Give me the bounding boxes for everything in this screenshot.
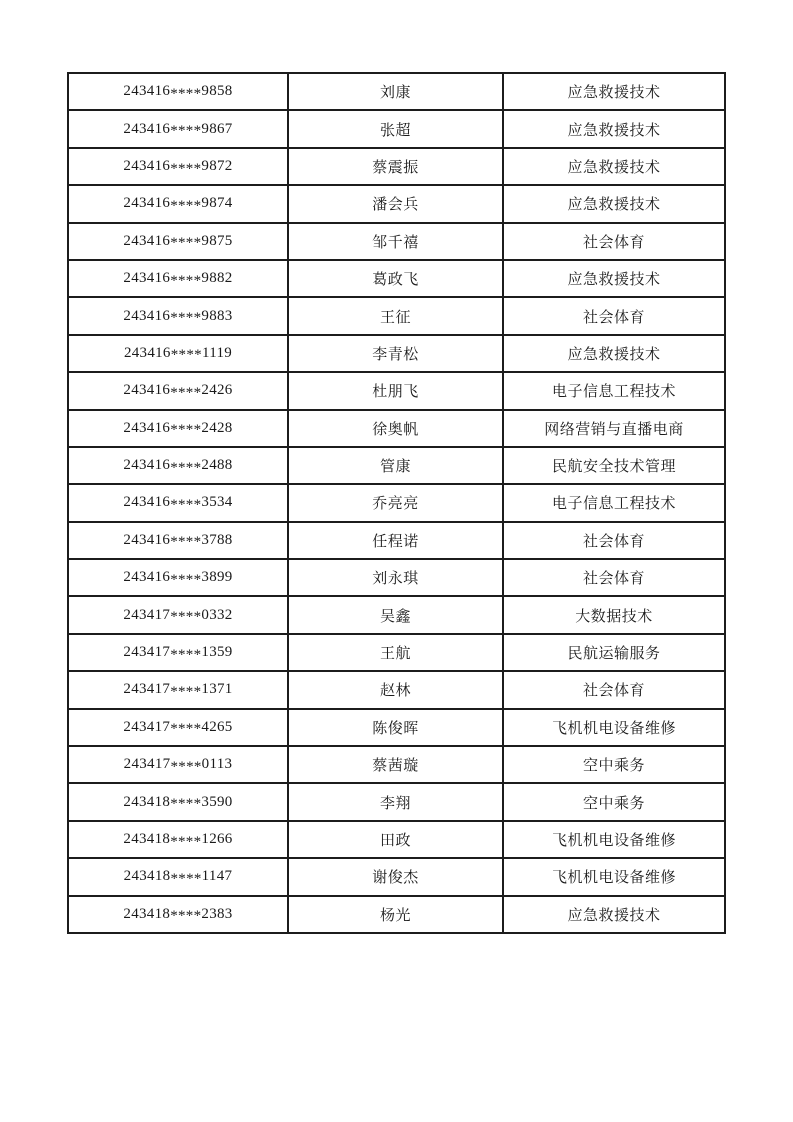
candidate-name-cell: 谢俊杰 — [288, 858, 503, 895]
major-cell: 社会体育 — [503, 522, 725, 559]
major-cell: 空中乘务 — [503, 783, 725, 820]
major-cell: 网络营销与直播电商 — [503, 410, 725, 447]
major-cell: 社会体育 — [503, 297, 725, 334]
table-row: 243416****2428徐奥帆网络营销与直播电商 — [68, 410, 725, 447]
exam-id-cell: 243416****9883 — [68, 297, 288, 334]
masked-digits: **** — [170, 161, 201, 177]
exam-id-cell: 243418****1147 — [68, 858, 288, 895]
masked-digits: **** — [170, 871, 201, 887]
exam-id-cell: 243416****9874 — [68, 185, 288, 222]
major-cell: 空中乘务 — [503, 746, 725, 783]
major-cell: 飞机机电设备维修 — [503, 709, 725, 746]
major-cell: 应急救援技术 — [503, 73, 725, 110]
candidate-name-cell: 乔亮亮 — [288, 484, 503, 521]
table-row: 243416****3534乔亮亮电子信息工程技术 — [68, 484, 725, 521]
table-row: 243416****9872蔡震振应急救援技术 — [68, 148, 725, 185]
major-cell: 电子信息工程技术 — [503, 484, 725, 521]
table-row: 243416****3899刘永琪社会体育 — [68, 559, 725, 596]
masked-digits: **** — [170, 460, 201, 476]
major-cell: 社会体育 — [503, 559, 725, 596]
exam-id-cell: 243416****9858 — [68, 73, 288, 110]
candidate-name-cell: 吴鑫 — [288, 596, 503, 633]
table-row: 243417****0332吴鑫大数据技术 — [68, 596, 725, 633]
candidate-name-cell: 田政 — [288, 821, 503, 858]
major-cell: 民航运输服务 — [503, 634, 725, 671]
exam-id-cell: 243416****3788 — [68, 522, 288, 559]
masked-digits: **** — [170, 385, 201, 401]
candidate-name-cell: 刘康 — [288, 73, 503, 110]
table-row: 243416****9883王征社会体育 — [68, 297, 725, 334]
exam-id-cell: 243416****9872 — [68, 148, 288, 185]
candidate-name-cell: 徐奥帆 — [288, 410, 503, 447]
candidate-name-cell: 蔡茜璇 — [288, 746, 503, 783]
table-row: 243416****3788任程诺社会体育 — [68, 522, 725, 559]
table-row: 243416****9882葛政飞应急救援技术 — [68, 260, 725, 297]
candidate-name-cell: 张超 — [288, 110, 503, 147]
document-page: 243416****9858刘康应急救援技术243416****9867张超应急… — [0, 0, 793, 1122]
exam-id-cell: 243417****1359 — [68, 634, 288, 671]
table-row: 243416****2488管康民航安全技术管理 — [68, 447, 725, 484]
major-cell: 大数据技术 — [503, 596, 725, 633]
major-cell: 飞机机电设备维修 — [503, 858, 725, 895]
exam-id-cell: 243416****9875 — [68, 223, 288, 260]
table-row: 243416****1119李青松应急救援技术 — [68, 335, 725, 372]
major-cell: 电子信息工程技术 — [503, 372, 725, 409]
exam-id-cell: 243416****2488 — [68, 447, 288, 484]
table-row: 243417****1371赵林社会体育 — [68, 671, 725, 708]
exam-id-cell: 243416****2426 — [68, 372, 288, 409]
candidate-name-cell: 赵林 — [288, 671, 503, 708]
masked-digits: **** — [170, 422, 201, 438]
masked-digits: **** — [170, 198, 201, 214]
candidate-name-cell: 管康 — [288, 447, 503, 484]
masked-digits: **** — [170, 497, 201, 513]
major-cell: 社会体育 — [503, 671, 725, 708]
masked-digits: **** — [170, 235, 201, 251]
candidate-name-cell: 蔡震振 — [288, 148, 503, 185]
masked-digits: **** — [170, 609, 201, 625]
exam-id-cell: 243418****1266 — [68, 821, 288, 858]
candidate-name-cell: 王航 — [288, 634, 503, 671]
table-row: 243416****9874潘会兵应急救援技术 — [68, 185, 725, 222]
table-row: 243418****2383杨光应急救援技术 — [68, 896, 725, 933]
candidate-name-cell: 李青松 — [288, 335, 503, 372]
masked-digits: **** — [170, 647, 201, 663]
exam-id-cell: 243416****9867 — [68, 110, 288, 147]
masked-digits: **** — [170, 721, 201, 737]
major-cell: 应急救援技术 — [503, 148, 725, 185]
masked-digits: **** — [170, 86, 201, 102]
exam-id-cell: 243416****1119 — [68, 335, 288, 372]
table-row: 243416****9867张超应急救援技术 — [68, 110, 725, 147]
masked-digits: **** — [170, 796, 201, 812]
masked-digits: **** — [170, 534, 201, 550]
candidate-name-cell: 任程诺 — [288, 522, 503, 559]
candidate-name-cell: 潘会兵 — [288, 185, 503, 222]
major-cell: 飞机机电设备维修 — [503, 821, 725, 858]
exam-id-cell: 243416****2428 — [68, 410, 288, 447]
candidate-name-cell: 杜朋飞 — [288, 372, 503, 409]
admission-roster-table: 243416****9858刘康应急救援技术243416****9867张超应急… — [67, 72, 726, 934]
masked-digits: **** — [170, 310, 201, 326]
masked-digits: **** — [171, 347, 202, 363]
candidate-name-cell: 葛政飞 — [288, 260, 503, 297]
roster-table-body: 243416****9858刘康应急救援技术243416****9867张超应急… — [68, 73, 725, 933]
masked-digits: **** — [170, 759, 201, 775]
candidate-name-cell: 李翔 — [288, 783, 503, 820]
candidate-name-cell: 陈俊晖 — [288, 709, 503, 746]
masked-digits: **** — [170, 123, 201, 139]
exam-id-cell: 243418****2383 — [68, 896, 288, 933]
candidate-name-cell: 王征 — [288, 297, 503, 334]
major-cell: 民航安全技术管理 — [503, 447, 725, 484]
masked-digits: **** — [170, 684, 201, 700]
table-row: 243416****2426杜朋飞电子信息工程技术 — [68, 372, 725, 409]
exam-id-cell: 243418****3590 — [68, 783, 288, 820]
major-cell: 应急救援技术 — [503, 110, 725, 147]
masked-digits: **** — [170, 273, 201, 289]
masked-digits: **** — [170, 834, 201, 850]
table-row: 243416****9858刘康应急救援技术 — [68, 73, 725, 110]
major-cell: 社会体育 — [503, 223, 725, 260]
exam-id-cell: 243416****3899 — [68, 559, 288, 596]
table-row: 243416****9875邹千禧社会体育 — [68, 223, 725, 260]
exam-id-cell: 243417****0113 — [68, 746, 288, 783]
table-row: 243418****1147谢俊杰飞机机电设备维修 — [68, 858, 725, 895]
major-cell: 应急救援技术 — [503, 185, 725, 222]
table-row: 243418****3590李翔空中乘务 — [68, 783, 725, 820]
table-row: 243417****1359王航民航运输服务 — [68, 634, 725, 671]
table-row: 243418****1266田政飞机机电设备维修 — [68, 821, 725, 858]
masked-digits: **** — [170, 572, 201, 588]
candidate-name-cell: 邹千禧 — [288, 223, 503, 260]
major-cell: 应急救援技术 — [503, 896, 725, 933]
major-cell: 应急救援技术 — [503, 260, 725, 297]
exam-id-cell: 243417****4265 — [68, 709, 288, 746]
table-row: 243417****4265陈俊晖飞机机电设备维修 — [68, 709, 725, 746]
exam-id-cell: 243416****3534 — [68, 484, 288, 521]
exam-id-cell: 243417****0332 — [68, 596, 288, 633]
masked-digits: **** — [170, 908, 201, 924]
major-cell: 应急救援技术 — [503, 335, 725, 372]
exam-id-cell: 243417****1371 — [68, 671, 288, 708]
candidate-name-cell: 刘永琪 — [288, 559, 503, 596]
candidate-name-cell: 杨光 — [288, 896, 503, 933]
exam-id-cell: 243416****9882 — [68, 260, 288, 297]
table-row: 243417****0113蔡茜璇空中乘务 — [68, 746, 725, 783]
